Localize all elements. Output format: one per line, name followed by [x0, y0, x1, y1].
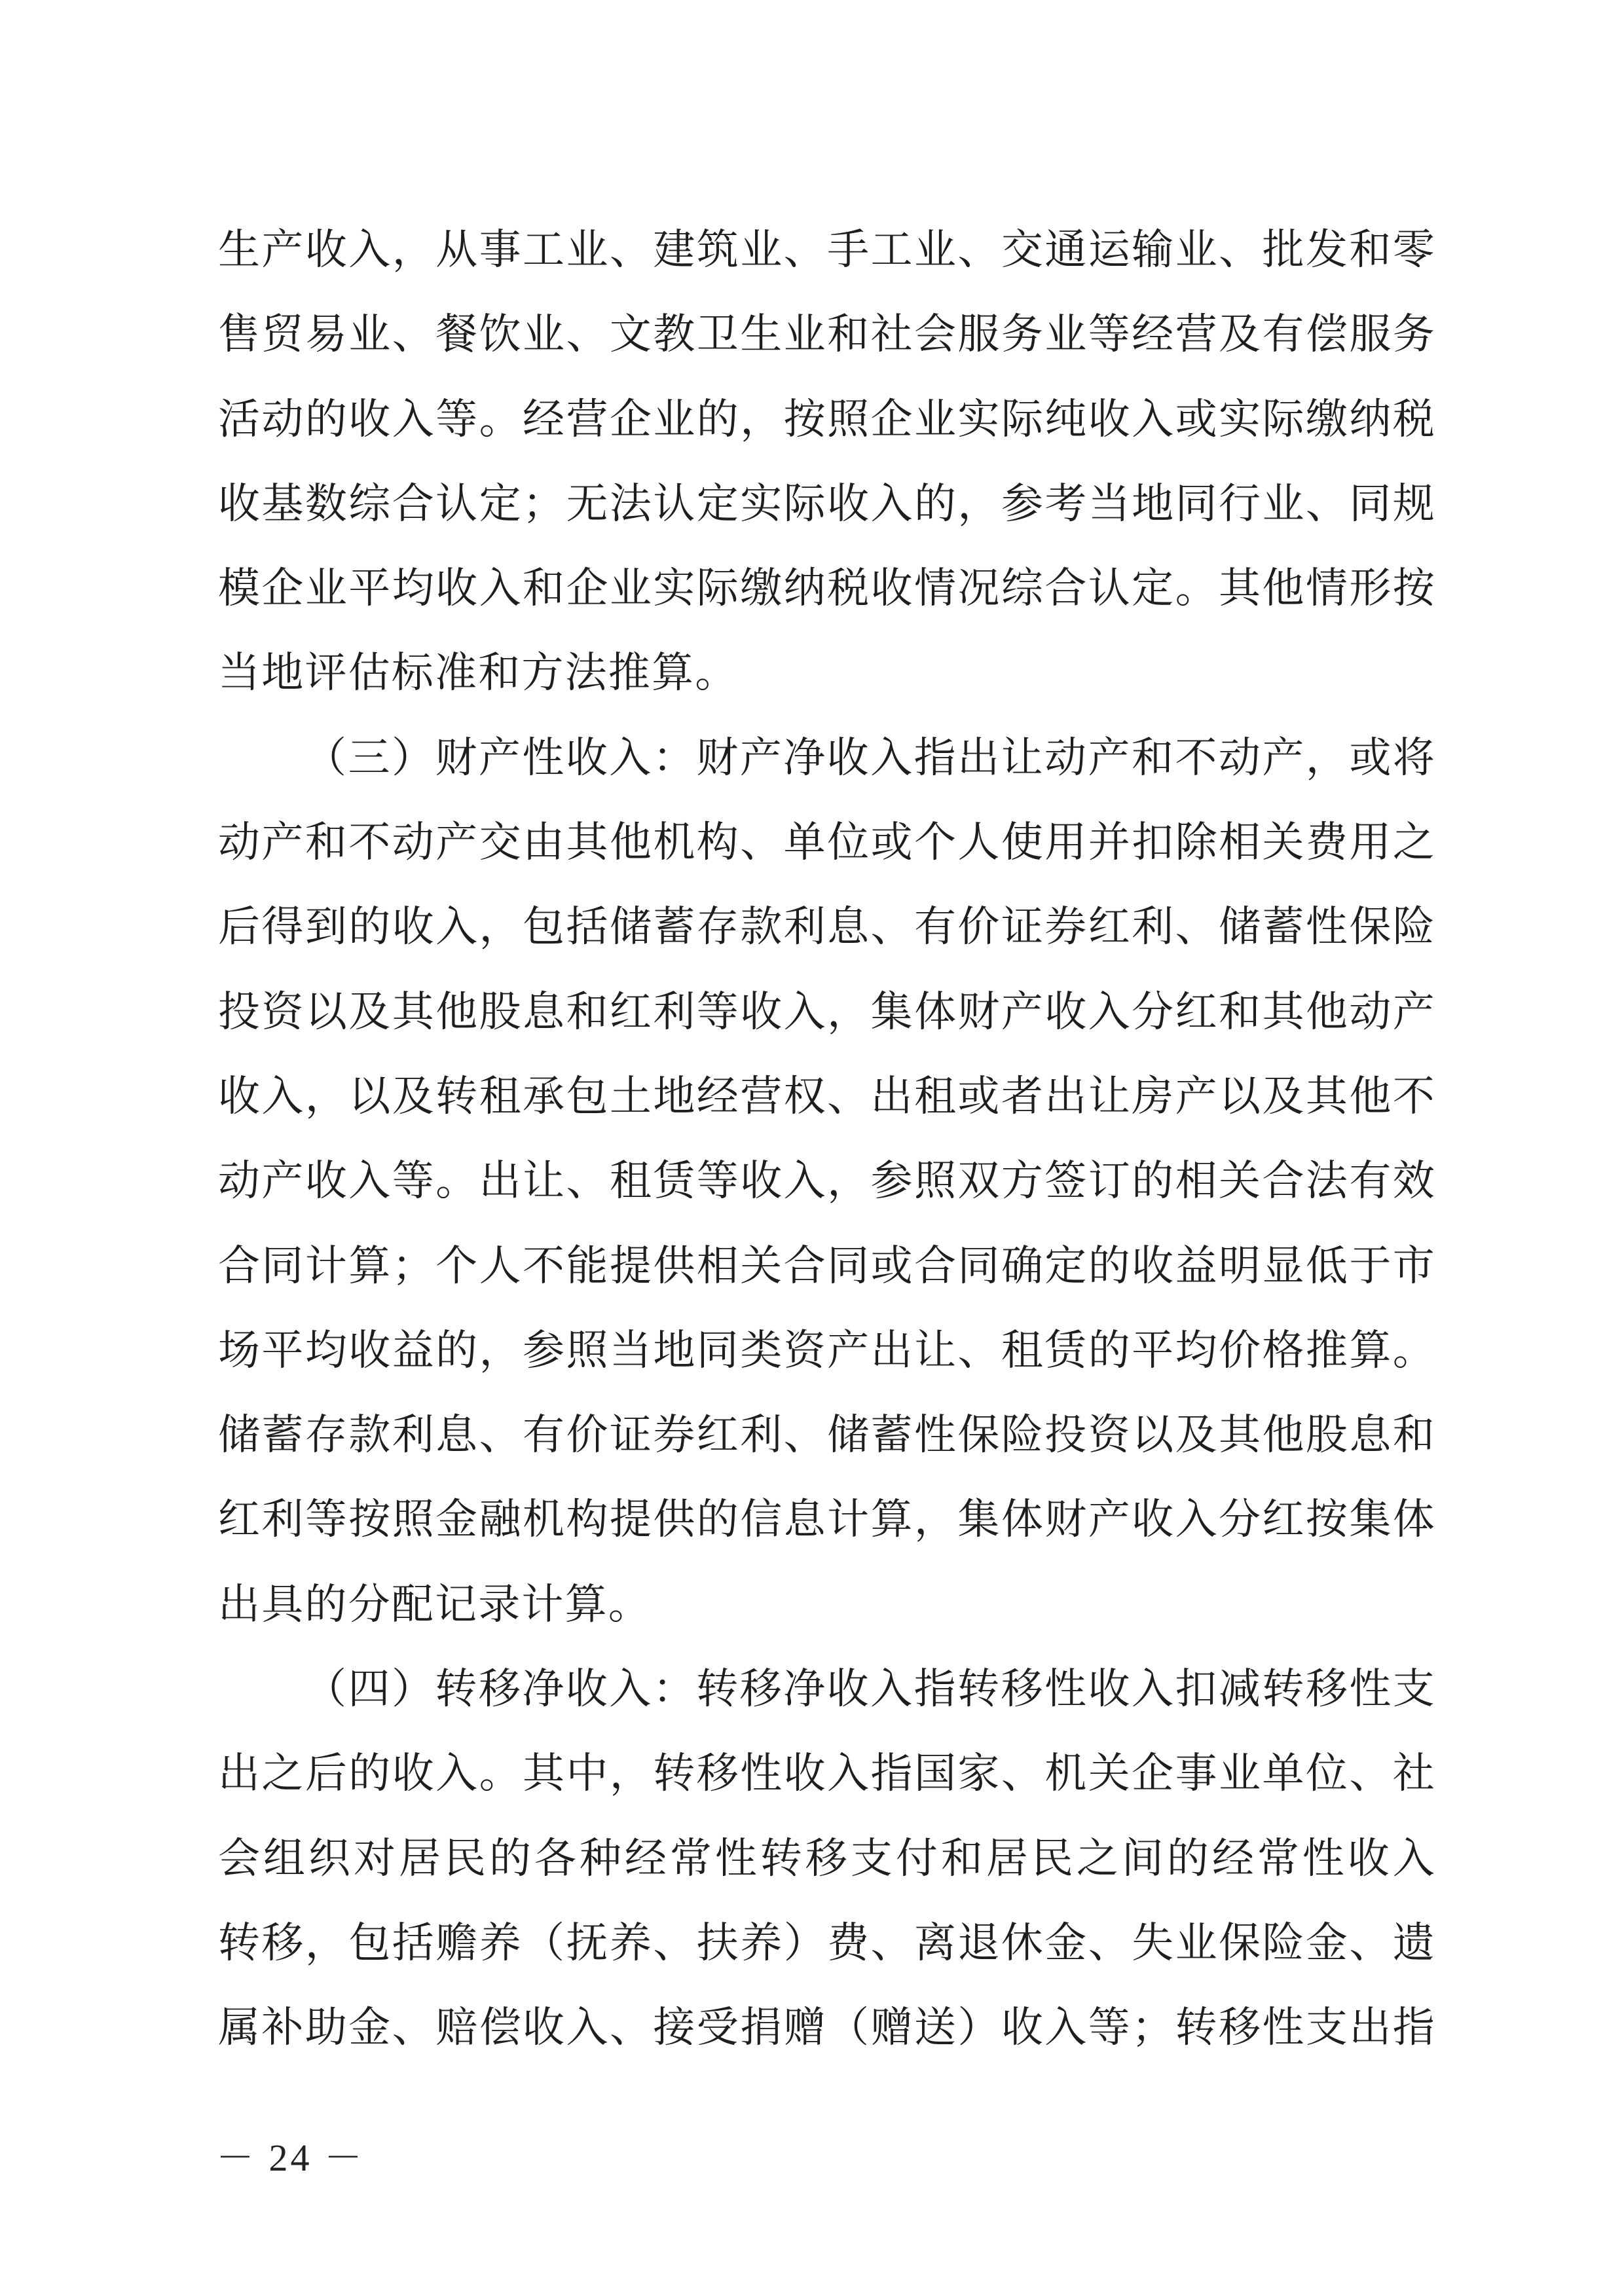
text-line: 储蓄存款利息、有价证券红利、储蓄性保险投资以及其他股息和 [218, 1393, 1436, 1478]
section-heading-line: （四）转移净收入：转移净收入指转移性收入扣减转移性支 [218, 1647, 1436, 1732]
text-line: 合同计算；个人不能提供相关合同或合同确定的收益明显低于市 [218, 1224, 1436, 1309]
text-line: 红利等按照金融机构提供的信息计算，集体财产收入分红按集体 [218, 1478, 1436, 1562]
document-body: 生产收入，从事工业、建筑业、手工业、交通运输业、批发和零 售贸易业、餐饮业、文教… [218, 208, 1436, 2071]
section-heading-line: （三）财产性收入：财产净收入指出让动产和不动产，或将 [218, 716, 1436, 801]
document-page: 生产收入，从事工业、建筑业、手工业、交通运输业、批发和零 售贸易业、餐饮业、文教… [0, 0, 1624, 2295]
page-number: － 24 － [216, 2127, 365, 2182]
text-line: 会组织对居民的各种经常性转移支付和居民之间的经常性收入 [218, 1817, 1436, 1901]
text-line: 收基数综合认定；无法认定实际收入的，参考当地同行业、同规 [218, 462, 1436, 547]
text-line: 出具的分配记录计算。 [218, 1563, 1436, 1647]
paragraph-transfer-income: （四）转移净收入：转移净收入指转移性收入扣减转移性支 出之后的收入。其中，转移性… [218, 1647, 1436, 2070]
text-line: 投资以及其他股息和红利等收入，集体财产收入分红和其他动产 [218, 970, 1436, 1055]
text-line: 活动的收入等。经营企业的，按照企业实际纯收入或实际缴纳税 [218, 378, 1436, 462]
text-line: 后得到的收入，包括储蓄存款利息、有价证券红利、储蓄性保险 [218, 885, 1436, 970]
paragraph-property-income: （三）财产性收入：财产净收入指出让动产和不动产，或将 动产和不动产交由其他机构、… [218, 716, 1436, 1647]
text-line: 动产和不动产交由其他机构、单位或个人使用并扣除相关费用之 [218, 801, 1436, 885]
text-line: 出之后的收入。其中，转移性收入指国家、机关企事业单位、社 [218, 1732, 1436, 1816]
text-line: 模企业平均收入和企业实际缴纳税收情况综合认定。其他情形按 [218, 547, 1436, 631]
text-line: 当地评估标准和方法推算。 [218, 631, 1436, 716]
text-line: 转移，包括赡养（抚养、扶养）费、离退休金、失业保险金、遗 [218, 1901, 1436, 1986]
text-line: 收入，以及转租承包土地经营权、出租或者出让房产以及其他不 [218, 1055, 1436, 1139]
text-line: 动产收入等。出让、租赁等收入，参照双方签订的相关合法有效 [218, 1139, 1436, 1224]
text-line: 场平均收益的，参照当地同类资产出让、租赁的平均价格推算。 [218, 1309, 1436, 1393]
paragraph-business-income-continued: 生产收入，从事工业、建筑业、手工业、交通运输业、批发和零 售贸易业、餐饮业、文教… [218, 208, 1436, 716]
text-line: 属补助金、赔偿收入、接受捐赠（赠送）收入等；转移性支出指 [218, 1986, 1436, 2070]
text-line: 售贸易业、餐饮业、文教卫生业和社会服务业等经营及有偿服务 [218, 293, 1436, 377]
text-line: 生产收入，从事工业、建筑业、手工业、交通运输业、批发和零 [218, 208, 1436, 293]
